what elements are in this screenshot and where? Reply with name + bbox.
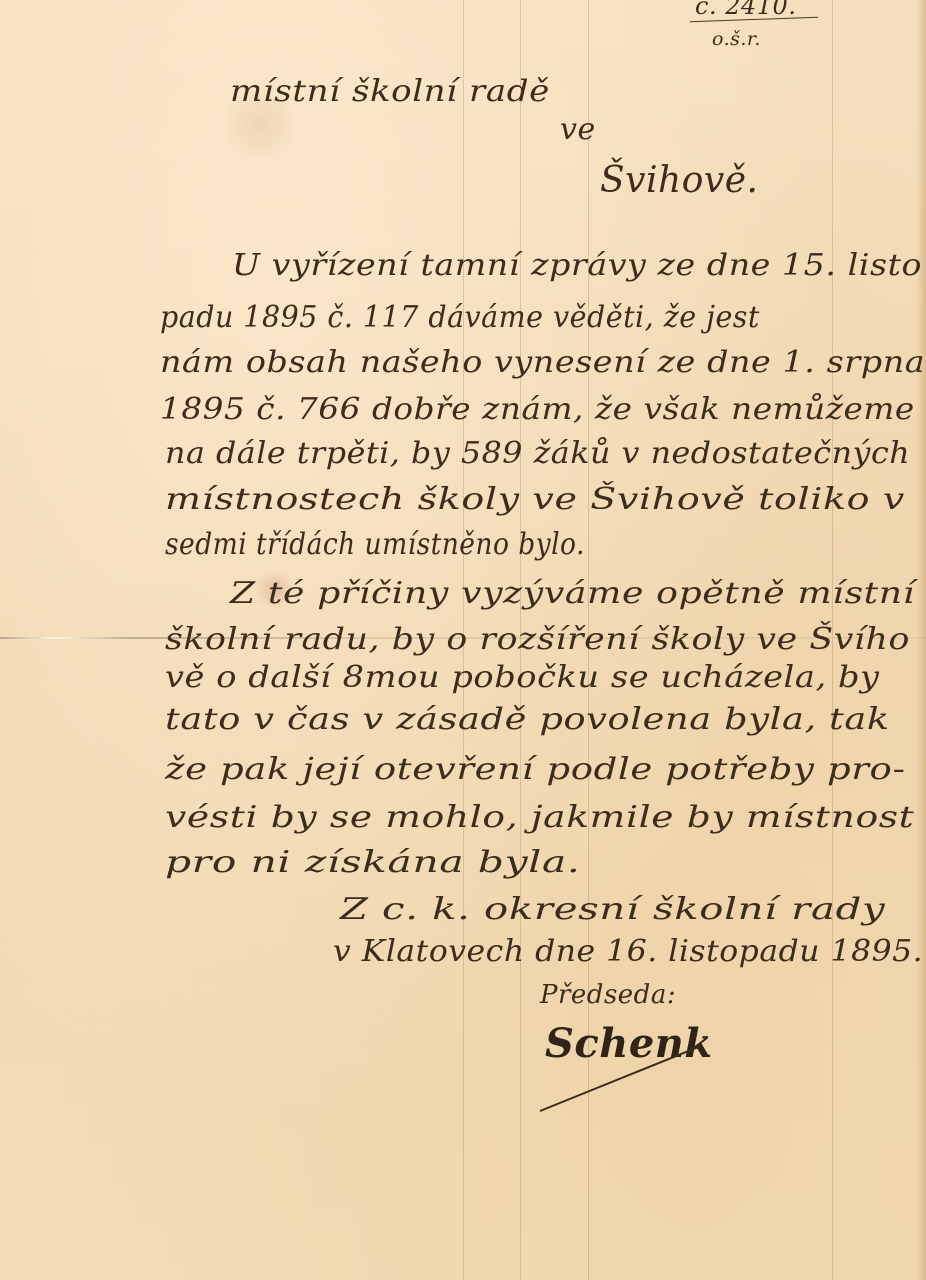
addressee-place: Švihově. (600, 160, 758, 201)
closing-authority: Z c. k. okresní školní rady (340, 892, 885, 927)
closing-title: Předseda: (540, 980, 676, 1010)
paper-edge (916, 0, 926, 1280)
body-line: 1895 č. 766 dobře znám, že však nemůžeme (160, 392, 915, 427)
body-line: že pak její otevření podle potřeby pro- (165, 752, 906, 787)
body-line: vésti by se mohlo, jakmile by místnost (165, 800, 914, 835)
addressee-line: ve (560, 112, 596, 147)
body-line: nám obsah našeho vynesení ze dne 1. srpn… (160, 345, 925, 380)
body-line: U vyřízení tamní zprávy ze dne 15. listo (232, 248, 922, 283)
body-line: Z té příčiny vyzýváme opětně místní (230, 576, 915, 611)
body-line: padu 1895 č. 117 dáváme věděti, že jest (160, 300, 760, 335)
body-line: školní radu, by o rozšíření školy ve Šví… (165, 622, 910, 657)
signature: Schenk (545, 1020, 713, 1067)
body-line: pro ni získána byla. (165, 845, 581, 880)
body-line: vě o další 8mou pobočku se ucházela, by (165, 660, 880, 695)
body-line: tato v čas v zásadě povolena byla, tak (165, 702, 890, 737)
reference-number: č. 2410. (695, 0, 796, 20)
reference-department: o.š.r. (712, 28, 761, 50)
body-line: sedmi třídách umístněno bylo. (165, 527, 585, 562)
body-line: místnostech školy ve Švihově toliko v (165, 482, 905, 517)
closing-place-date: v Klatovech dne 16. listopadu 1895. (333, 934, 923, 969)
body-line: na dále trpěti, by 589 žáků v nedostateč… (165, 436, 910, 471)
addressee-line: místní školní radě (230, 74, 550, 109)
